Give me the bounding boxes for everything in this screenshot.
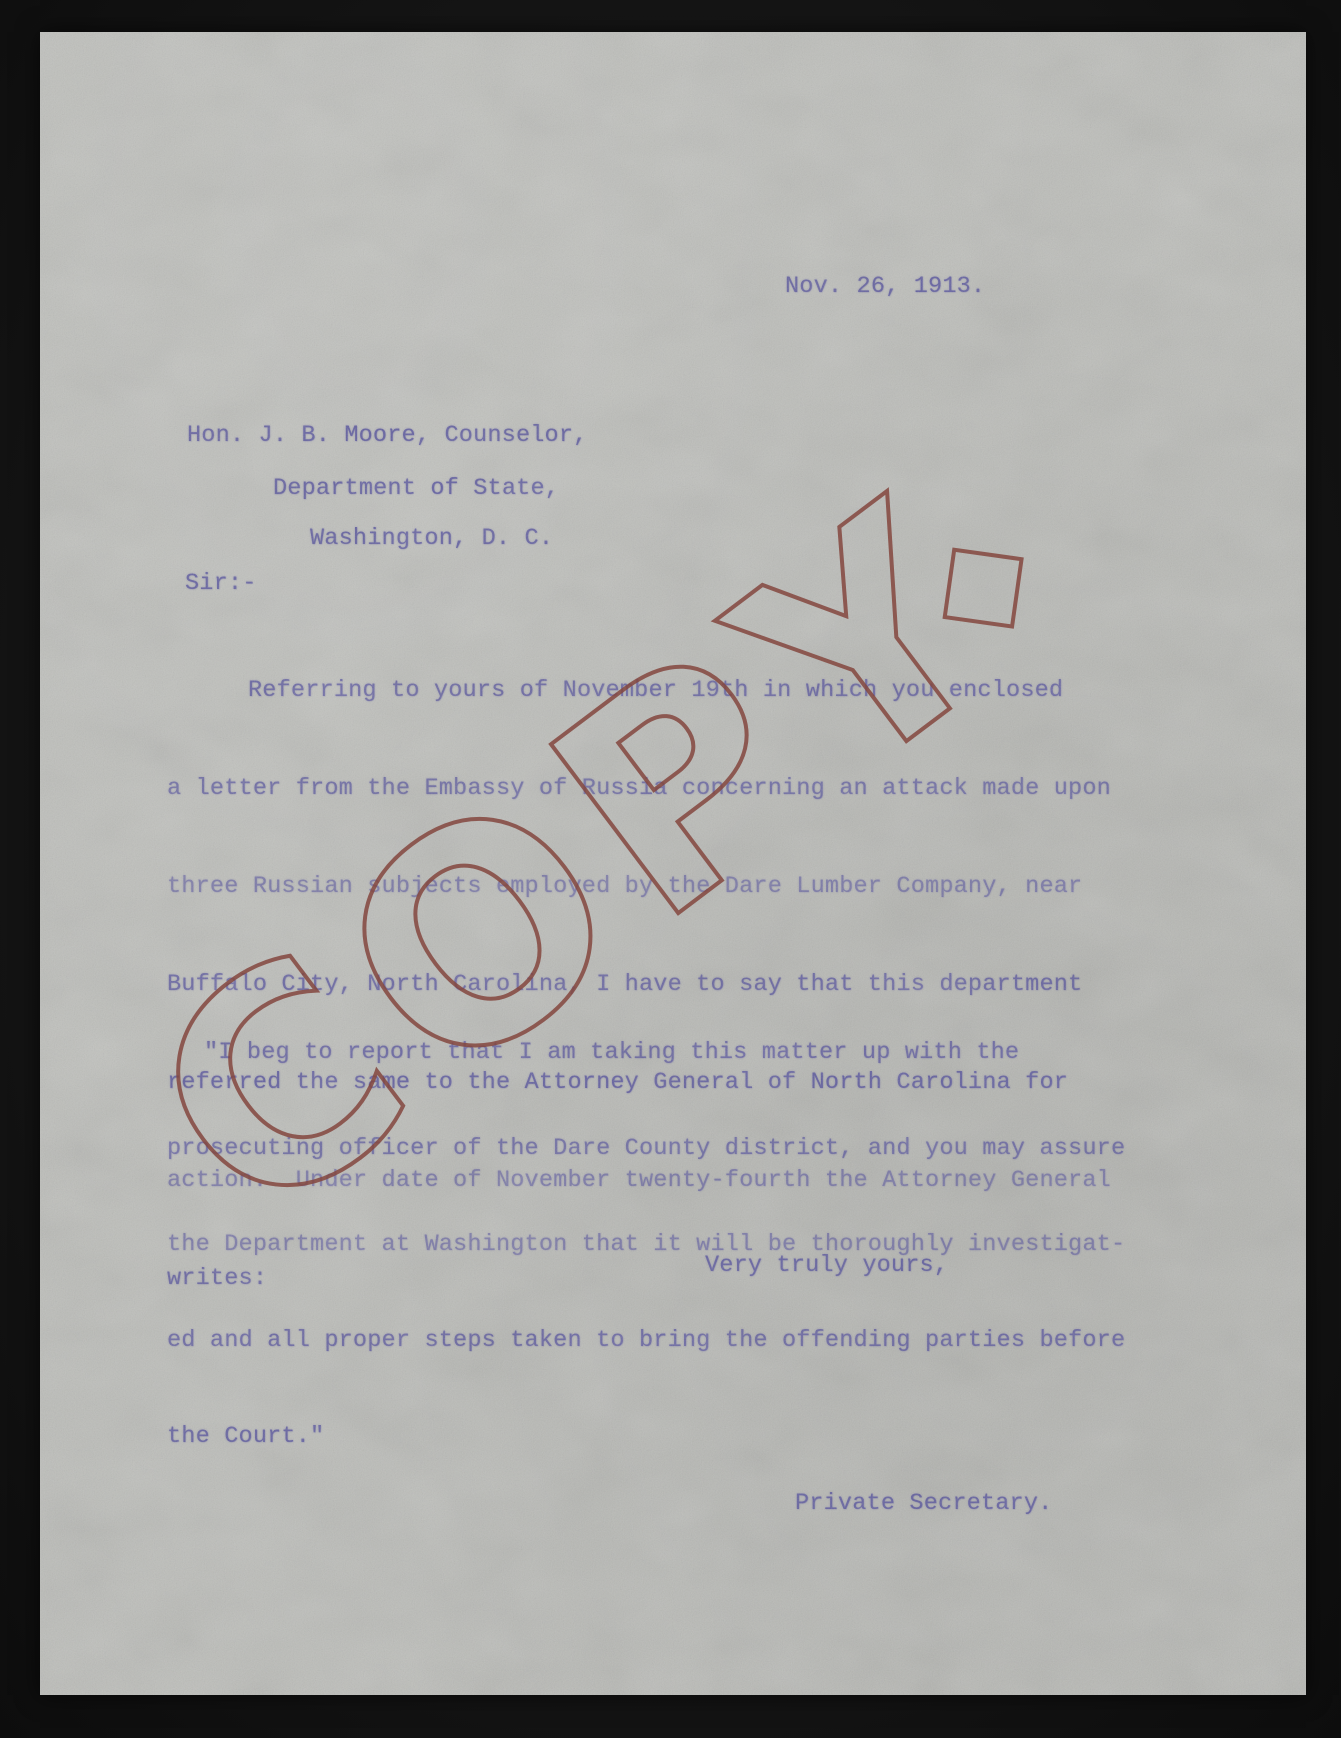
body-line: three Russian subjects employed by the D… bbox=[167, 875, 1177, 926]
closing-line: Very truly yours, bbox=[705, 1254, 948, 1278]
recipient-name-line: Hon. J. B. Moore, Counselor, bbox=[187, 424, 587, 448]
recipient-city-line: Washington, D. C. bbox=[310, 527, 553, 551]
scanned-letter-page: Nov. 26, 1913. Hon. J. B. Moore, Counsel… bbox=[0, 0, 1341, 1738]
body-line: "I beg to report that I am taking this m… bbox=[167, 1041, 1177, 1090]
body-paragraph-2-quoted: "I beg to report that I am taking this m… bbox=[167, 994, 1177, 1521]
letter-paper: Nov. 26, 1913. Hon. J. B. Moore, Counsel… bbox=[40, 32, 1306, 1695]
recipient-department-line: Department of State, bbox=[273, 477, 559, 501]
body-line: a letter from the Embassy of Russia conc… bbox=[167, 777, 1177, 828]
watermark-period-mark bbox=[945, 550, 1022, 627]
salutation: Sir:- bbox=[185, 572, 257, 596]
date-line: Nov. 26, 1913. bbox=[785, 275, 985, 299]
body-line: the Court." bbox=[167, 1425, 1177, 1474]
body-line: Referring to yours of November 19th in w… bbox=[167, 679, 1177, 730]
signature-title-line: Private Secretary. bbox=[795, 1492, 1052, 1516]
body-line: the Department at Washington that it wil… bbox=[167, 1233, 1177, 1282]
body-line: ed and all proper steps taken to bring t… bbox=[167, 1329, 1177, 1378]
body-line: prosecuting officer of the Dare County d… bbox=[167, 1137, 1177, 1186]
